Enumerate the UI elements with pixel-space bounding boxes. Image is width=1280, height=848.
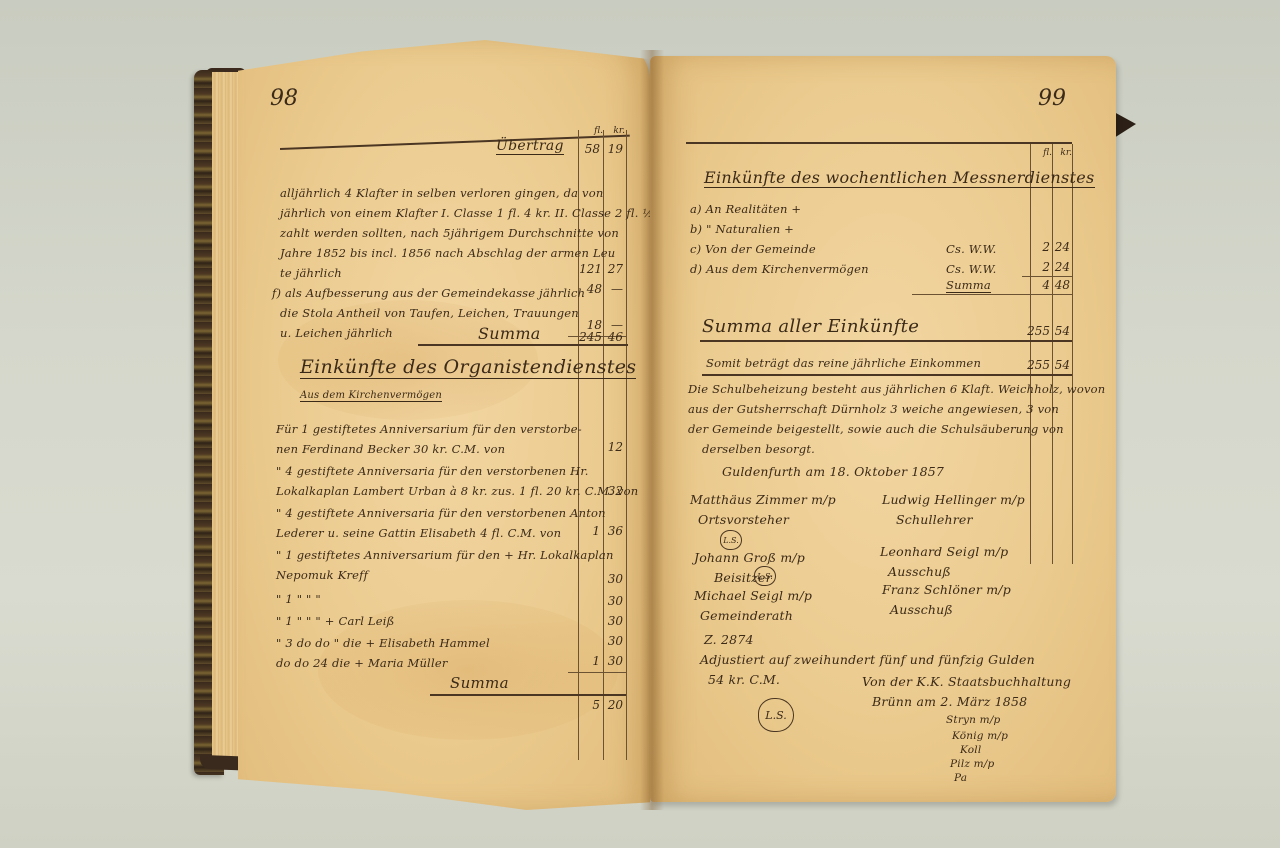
summa-kr: 46 <box>603 330 623 344</box>
cover-clasp-tab <box>1114 112 1136 138</box>
place-date: Guldenfurth am 18. Oktober 1857 <box>722 464 944 479</box>
note-line: aus der Gutsherrschaft Dürnholz 3 weiche… <box>688 402 1059 416</box>
col-header-kr: kr. <box>1052 148 1072 158</box>
item-label: a) An Realitäten + <box>690 202 801 216</box>
row-fl: 121 <box>578 262 602 276</box>
item-label: d) Aus dem Kirchenvermögen <box>690 262 869 276</box>
note-line: der Gemeinde beigestellt, sowie auch die… <box>688 422 1064 436</box>
carryover-label: Übertrag <box>496 138 564 155</box>
entry-kr: 12 <box>603 440 623 454</box>
signature-name: Matthäus Zimmer m/p <box>690 492 836 507</box>
entry-kr: 30 <box>603 654 623 668</box>
entry-kr: 32 <box>603 484 623 498</box>
col-header-fl: fl. <box>578 126 603 136</box>
entry-kr: 30 <box>603 614 623 628</box>
approval-line: Adjustiert auf zweihundert fünf und fünf… <box>700 652 1035 667</box>
paragraph-line: jährlich von einem Klafter I. Classe 1 f… <box>280 206 650 220</box>
subtotal-rule <box>568 672 626 673</box>
header-rule <box>686 142 1072 144</box>
entry-line: Nepomuk Kreff <box>276 568 368 582</box>
row-text: die Stola Antheil von Taufen, Leichen, T… <box>280 306 579 320</box>
item-label: b) " Naturalien + <box>690 222 794 236</box>
paragraph-line: alljährlich 4 Klafter in selben verloren… <box>280 186 603 200</box>
signature-role: Ausschuß <box>888 564 951 579</box>
entry-line: Lokalkaplan Lambert Urban à 8 kr. zus. 1… <box>276 484 638 498</box>
entry-fl: 1 <box>578 524 600 538</box>
signature-name: Ludwig Hellinger m/p <box>882 492 1025 507</box>
net-income-kr: 54 <box>1052 358 1070 372</box>
row-kr: — <box>603 282 623 296</box>
kr-column-rule <box>1052 144 1053 564</box>
note-line: derselben besorgt. <box>702 442 815 456</box>
fl-column-rule <box>1030 144 1031 564</box>
summa-label: Summa <box>946 278 991 293</box>
right-page: 99 fl. kr. Einkünfte des wochentlichen M… <box>650 56 1116 802</box>
net-income-fl: 255 <box>1026 358 1050 372</box>
subtotal-rule <box>1022 276 1072 277</box>
item-note: Cs. W.W. <box>946 242 997 256</box>
summa-label: Summa <box>450 674 509 692</box>
section-title-organist: Einkünfte des Organistendienstes <box>300 356 636 379</box>
entry-line: " 1 " " " + Carl Leiß <box>276 614 395 628</box>
seal-stamp: L.S. <box>754 566 776 586</box>
net-income-rule <box>702 374 1072 376</box>
entry-kr: 30 <box>603 594 623 608</box>
right-margin-rule <box>626 130 627 760</box>
reference-number: Z. 2874 <box>704 632 754 647</box>
paragraph-line: te jährlich <box>280 266 342 280</box>
entry-line: nen Ferdinand Becker 30 kr. C.M. von <box>276 442 505 456</box>
signature-name: Johann Groß m/p <box>694 550 805 565</box>
entry-kr: 30 <box>603 572 623 586</box>
entry-kr: 30 <box>603 634 623 648</box>
total-rule <box>700 340 1072 342</box>
summa-rule <box>912 294 1072 295</box>
col-header-fl: fl. <box>1030 148 1052 158</box>
clerk-signature: Pa <box>954 772 967 784</box>
total-all-label: Summa aller Einkünfte <box>702 316 919 337</box>
note-line: Die Schulbeheizung besteht aus jährliche… <box>688 382 1105 396</box>
entry-line: " 1 " " " <box>276 592 321 606</box>
left-page: 98 fl. kr. Übertrag 58 19 alljährlich 4 … <box>238 40 650 810</box>
clerk-signature: Pilz m/p <box>950 758 994 770</box>
authority-line: Brünn am 2. März 1858 <box>872 694 1027 709</box>
summa-fl: 4 <box>1030 278 1050 292</box>
total-kr: 54 <box>1052 324 1070 338</box>
summa-fl: 245 <box>576 330 602 344</box>
paragraph-line: Jahre 1852 bis incl. 1856 nach Abschlag … <box>280 246 615 260</box>
signature-name: Michael Seigl m/p <box>694 588 812 603</box>
row-text: f) als Aufbesserung aus der Gemeindekass… <box>272 286 585 300</box>
item-fl: 2 <box>1030 260 1050 274</box>
carryover-kr: 19 <box>603 142 623 156</box>
summa-rule <box>418 344 628 346</box>
summa-rule <box>430 694 626 696</box>
entry-line: " 1 gestiftetes Anniversarium für den + … <box>276 548 614 562</box>
total-fl: 255 <box>1026 324 1050 338</box>
seal-stamp: L.S. <box>720 530 742 550</box>
item-kr: 24 <box>1052 260 1070 274</box>
entry-fl: 1 <box>578 654 600 668</box>
item-note: Cs. W.W. <box>946 262 997 276</box>
entry-line: " 4 gestiftete Anniversaria für den vers… <box>276 506 606 520</box>
item-label: c) Von der Gemeinde <box>690 242 816 256</box>
entry-line: " 4 gestiftete Anniversaria für den vers… <box>276 464 589 478</box>
row-kr: 27 <box>603 262 623 276</box>
signature-role: Schullehrer <box>896 512 973 527</box>
section-title-messner: Einkünfte des wochentlichen Messnerdiens… <box>704 168 1095 188</box>
signature-role: Gemeinderath <box>700 608 793 623</box>
seal-stamp: L.S. <box>758 698 794 732</box>
signature-role: Ausschuß <box>890 602 953 617</box>
row-fl: 48 <box>578 282 602 296</box>
entry-line: " 3 do do " die + Elisabeth Hammel <box>276 636 490 650</box>
item-fl: 2 <box>1030 240 1050 254</box>
summa-label: Summa <box>478 324 541 343</box>
right-margin-rule <box>1072 144 1073 564</box>
row-text: u. Leichen jährlich <box>280 326 393 340</box>
section-subtitle: Aus dem Kirchenvermögen <box>300 390 442 402</box>
entry-line: Für 1 gestiftetes Anniversarium für den … <box>276 422 582 436</box>
col-header-kr: kr. <box>603 126 625 136</box>
entry-kr: 36 <box>603 524 623 538</box>
summa-fl: 5 <box>578 698 600 712</box>
summa-kr: 20 <box>603 698 623 712</box>
carryover-fl: 58 <box>578 142 600 156</box>
clerk-signature: Stryn m/p <box>946 714 1000 726</box>
authority-line: Von der K.K. Staatsbuchhaltung <box>862 674 1071 689</box>
summa-kr: 48 <box>1052 278 1070 292</box>
approval-line: 54 kr. C.M. <box>708 672 780 687</box>
entry-line: do do 24 die + Maria Müller <box>276 656 448 670</box>
item-kr: 24 <box>1052 240 1070 254</box>
signature-name: Leonhard Seigl m/p <box>880 544 1008 559</box>
open-ledger-book: 98 fl. kr. Übertrag 58 19 alljährlich 4 … <box>0 0 1280 848</box>
clerk-signature: Koll <box>960 744 981 756</box>
paragraph-line: zahlt werden sollten, nach 5jährigem Dur… <box>280 226 619 240</box>
clerk-signature: König m/p <box>952 730 1008 742</box>
page-number-right: 99 <box>1038 86 1066 111</box>
page-number-left: 98 <box>270 86 298 111</box>
signature-name: Franz Schlöner m/p <box>882 582 1011 597</box>
net-income-label: Somit beträgt das reine jährliche Einkom… <box>706 356 981 370</box>
entry-line: Lederer u. seine Gattin Elisabeth 4 fl. … <box>276 526 561 540</box>
signature-role: Ortsvorsteher <box>698 512 789 527</box>
